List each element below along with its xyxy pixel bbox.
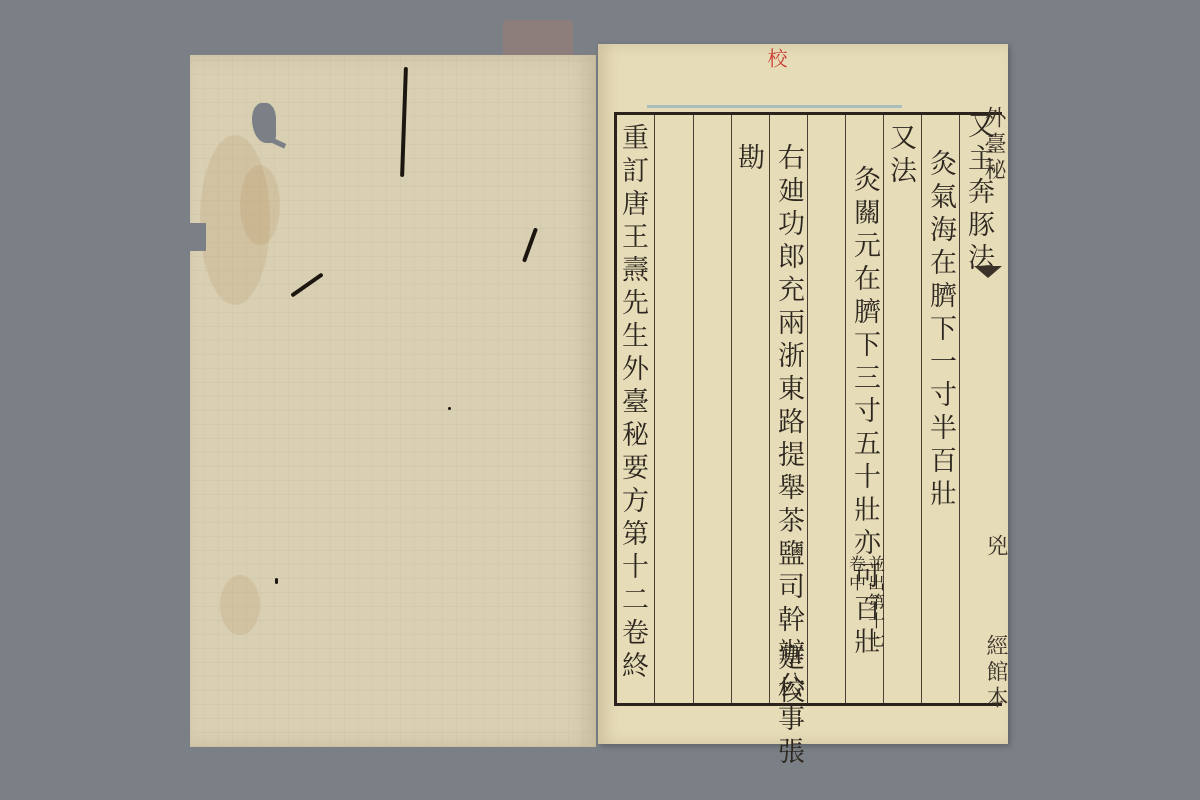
column-rule	[959, 115, 960, 703]
text-column-3-note-b: 卷中	[846, 555, 863, 593]
text-column-5: 勘	[735, 143, 762, 176]
water-stain	[240, 165, 280, 245]
margin-label-2: 經館本	[980, 634, 1011, 712]
margin-label-1: 兇	[980, 534, 1011, 560]
text-column-2: 灸氣海在臍下一寸半百壯	[927, 149, 954, 512]
wormhole	[268, 136, 286, 148]
fishtail-mark	[974, 266, 1002, 278]
ink-dot	[448, 407, 451, 410]
blue-line	[647, 105, 902, 108]
column-rule	[921, 115, 922, 703]
column-rule	[807, 115, 808, 703]
margin-title: 外臺秘	[978, 106, 1009, 184]
colophon-end-line: 重訂唐王燾先生外臺秘要方第十二卷終	[619, 123, 646, 684]
crack	[290, 272, 323, 297]
open-book: 校 重訂唐王燾先生外臺秘要方第十二卷終 勘 右廸功郎充兩浙東路提舉茶鹽司幹辦公事…	[0, 0, 1200, 800]
crack	[522, 227, 538, 262]
column-rule	[845, 115, 846, 703]
water-stain	[220, 575, 260, 635]
crack	[400, 67, 408, 177]
text-column-3-note-a: 並出第十七	[865, 555, 882, 650]
text-column-4-tail: 寔校	[775, 643, 802, 709]
red-collation-mark: 校	[766, 48, 786, 74]
column-rule	[769, 115, 770, 703]
torn-edge	[190, 223, 206, 251]
printed-frame: 重訂唐王燾先生外臺秘要方第十二卷終 勘 右廸功郎充兩浙東路提舉茶鹽司幹辦公事張 …	[614, 112, 1002, 706]
left-page	[190, 55, 596, 747]
column-rule	[731, 115, 732, 703]
text-column-2-head: 又法	[887, 123, 914, 189]
ink-dot	[275, 578, 278, 584]
column-rule	[654, 115, 655, 703]
column-rule	[693, 115, 694, 703]
right-page: 校 重訂唐王燾先生外臺秘要方第十二卷終 勘 右廸功郎充兩浙東路提舉茶鹽司幹辦公事…	[598, 44, 1008, 744]
